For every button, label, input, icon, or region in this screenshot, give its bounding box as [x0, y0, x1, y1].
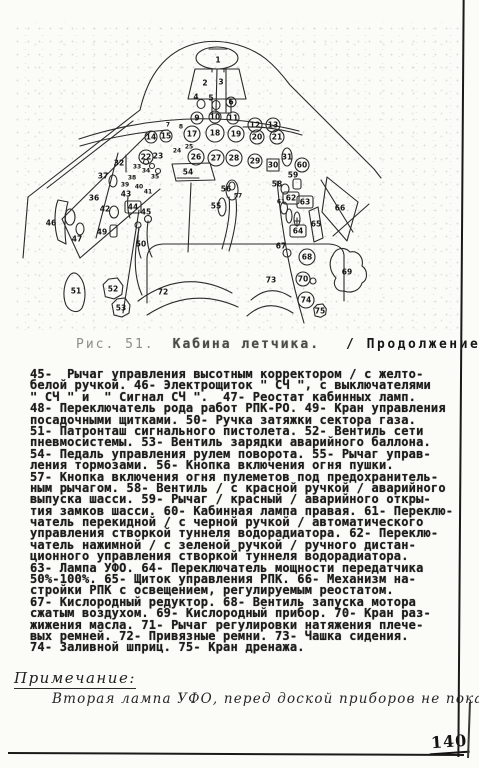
diagram-callout-29: 29 [248, 154, 262, 168]
diagram-callout-42: 42 [100, 205, 110, 214]
svg-text:33: 33 [133, 164, 141, 171]
svg-text:14: 14 [146, 133, 156, 142]
diagram-callout-35: 35 [151, 174, 159, 181]
svg-text:66: 66 [335, 204, 345, 213]
diagram-callout-33: 33 [133, 164, 141, 171]
svg-text:37: 37 [98, 172, 108, 181]
diagram-callout-37: 37 [98, 172, 108, 181]
diagram-callout-59: 59 [288, 171, 298, 180]
diagram-callout-53: 53 [112, 298, 130, 317]
diagram-callout-47: 47 [72, 235, 82, 244]
diagram-callout-40: 40 [135, 184, 143, 191]
diagram-callout-1: 1 [215, 56, 220, 65]
windscreen-armored-glass [188, 69, 246, 113]
svg-text:70: 70 [298, 275, 308, 284]
svg-text:31: 31 [282, 153, 292, 162]
legend-line: 74- Заливной шприц. 75- Кран дренажа. [30, 642, 466, 653]
svg-text:30: 30 [268, 161, 278, 170]
svg-text:12: 12 [250, 121, 260, 130]
svg-text:29: 29 [250, 157, 260, 166]
diagram-callout-10: 10 [209, 111, 221, 123]
diagram-callout-73: 73 [266, 276, 276, 285]
diagram-callout-31: 31 [282, 148, 292, 166]
svg-text:1: 1 [215, 56, 220, 65]
diagram-callout-41: 41 [144, 189, 152, 196]
diagram-callout-46: 46 [46, 219, 56, 228]
svg-text:46: 46 [46, 219, 56, 228]
diagram-callout-52: 52 [103, 278, 123, 299]
diagram-callout-66: 66 [335, 204, 345, 213]
svg-text:2: 2 [202, 79, 207, 88]
diagram-callout-24: 24 [173, 148, 181, 155]
diagram-callout-49: 49 [97, 228, 107, 237]
diagram-callout-4: 4 [193, 93, 205, 109]
svg-text:74: 74 [301, 296, 311, 305]
note-body: Вторая лампа УФО, перед доской приборов … [52, 691, 462, 707]
diagram-callout-27: 27 [208, 150, 224, 166]
diagram-callout-15: 15 [160, 130, 172, 142]
svg-text:6: 6 [228, 98, 233, 107]
page-number: 140 [428, 731, 470, 756]
svg-text:62: 62 [286, 194, 296, 203]
svg-text:21: 21 [272, 133, 282, 142]
svg-text:41: 41 [144, 189, 152, 196]
svg-text:67: 67 [276, 242, 286, 251]
diagram-callout-68: 68 [299, 249, 315, 265]
svg-text:17: 17 [187, 130, 197, 139]
diagram-callout-19: 19 [228, 126, 244, 142]
svg-text:27: 27 [211, 154, 221, 163]
svg-text:19: 19 [231, 130, 241, 139]
diagram-callout-21: 21 [270, 130, 284, 144]
svg-text:69: 69 [342, 268, 352, 277]
svg-text:28: 28 [229, 154, 239, 163]
svg-text:7: 7 [166, 122, 170, 129]
diagram-callout-58: 58 [272, 180, 282, 189]
diagram-callout-51: 51 [71, 287, 81, 296]
svg-text:64: 64 [293, 227, 303, 236]
seat-belts [138, 282, 238, 315]
diagram-callout-20: 20 [250, 130, 264, 144]
svg-text:45: 45 [141, 208, 151, 217]
note-heading: Примечание: [14, 669, 136, 689]
diagram-callout-7: 7 [166, 122, 170, 129]
diagram-callout-43: 43 [121, 190, 131, 199]
diagram-callout-11: 11 [227, 112, 239, 124]
diagram-callout-2: 2 [202, 79, 207, 88]
svg-text:32: 32 [114, 159, 124, 168]
diagram-callout-64: 64 [290, 225, 306, 237]
svg-text:73: 73 [266, 276, 276, 285]
svg-text:3: 3 [218, 78, 223, 87]
diagram-callout-26: 26 [188, 149, 204, 165]
svg-text:42: 42 [100, 205, 110, 214]
diagram-callout-17: 17 [184, 126, 200, 142]
svg-text:22: 22 [141, 153, 151, 162]
svg-text:53: 53 [116, 304, 126, 313]
svg-text:4: 4 [193, 93, 198, 102]
svg-text:75: 75 [315, 307, 325, 316]
svg-text:47: 47 [72, 235, 82, 244]
diagram-callout-74: 74 [298, 292, 314, 308]
diagram-callout-54: 54 [183, 168, 193, 177]
diagram-callout-67: 67 [276, 242, 286, 251]
svg-text:13: 13 [268, 121, 278, 130]
legend-text-block: 45- Рычаг управления высотным корректоро… [30, 369, 466, 654]
svg-text:43: 43 [121, 190, 131, 199]
seat-pan [247, 291, 293, 316]
diagram-callouts: 1234567891011121314151718192021222324252… [46, 56, 352, 318]
diagram-callout-23: 23 [153, 152, 163, 161]
svg-text:52: 52 [108, 285, 118, 294]
diagram-callout-39: 39 [121, 182, 129, 189]
cockpit-diagram: 1234567891011121314151718192021222324252… [0, 0, 479, 336]
svg-text:18: 18 [210, 129, 220, 138]
diagram-callout-8: 8 [179, 124, 183, 131]
figure-continuation: / Продолжение / [346, 337, 479, 352]
diagram-callout-55: 55 [211, 202, 221, 211]
diagram-callout-65: 65 [311, 220, 321, 229]
svg-text:23: 23 [153, 152, 163, 161]
svg-text:68: 68 [302, 253, 312, 262]
svg-text:8: 8 [179, 124, 183, 131]
svg-text:57: 57 [234, 193, 242, 200]
svg-text:51: 51 [71, 287, 81, 296]
svg-text:72: 72 [158, 288, 168, 297]
diagram-callout-14: 14 [145, 131, 157, 143]
diagram-callout-36: 36 [89, 194, 99, 203]
diagram-callout-57: 57 [234, 193, 242, 200]
svg-text:55: 55 [211, 202, 221, 211]
svg-text:35: 35 [151, 174, 159, 181]
diagram-callout-75: 75 [314, 304, 327, 317]
figure-number: Рис. 51. [76, 337, 155, 352]
diagram-callout-32: 32 [114, 159, 124, 168]
svg-text:60: 60 [297, 161, 307, 170]
diagram-callout-9: 9 [191, 112, 203, 124]
svg-text:44: 44 [128, 203, 138, 212]
diagram-callout-63: 63 [297, 196, 313, 208]
svg-text:61: 61 [277, 199, 285, 206]
diagram-callout-22: 22 [139, 150, 153, 164]
diagram-callout-61: 61 [277, 199, 285, 206]
svg-text:10: 10 [210, 113, 220, 122]
rudder-pedal [172, 163, 215, 252]
svg-text:36: 36 [89, 194, 99, 203]
svg-text:54: 54 [183, 168, 193, 177]
svg-text:63: 63 [300, 198, 310, 207]
diagram-callout-30: 30 [267, 159, 279, 171]
diagram-callout-69: 69 [342, 268, 352, 277]
figure-caption: Рис. 51.Кабина летчика./ Продолжение / [76, 337, 466, 352]
svg-text:65: 65 [311, 220, 321, 229]
svg-text:9: 9 [194, 114, 199, 123]
svg-text:11: 11 [228, 114, 238, 123]
svg-text:26: 26 [191, 153, 201, 162]
svg-text:56: 56 [221, 185, 231, 194]
diagram-callout-5: 5 [208, 94, 220, 110]
svg-text:15: 15 [161, 132, 171, 141]
diagram-callout-18: 18 [206, 124, 224, 142]
diagram-callout-56: 56 [221, 185, 231, 194]
diagram-callout-6: 6 [226, 97, 236, 107]
svg-text:49: 49 [97, 228, 107, 237]
figure-title: Кабина летчика. [173, 337, 320, 352]
scanned-manual-page: 1234567891011121314151718192021222324252… [0, 0, 479, 768]
svg-text:39: 39 [121, 182, 129, 189]
svg-text:38: 38 [128, 175, 136, 182]
diagram-callout-34: 34 [142, 168, 150, 175]
svg-text:5: 5 [208, 94, 213, 103]
diagram-callout-72: 72 [158, 288, 168, 297]
svg-text:50: 50 [136, 240, 146, 249]
svg-text:40: 40 [135, 184, 143, 191]
svg-text:58: 58 [272, 180, 282, 189]
diagram-callout-28: 28 [226, 150, 242, 166]
svg-text:59: 59 [288, 171, 298, 180]
diagram-callout-3: 3 [218, 78, 223, 87]
svg-text:34: 34 [142, 168, 150, 175]
svg-text:20: 20 [252, 133, 262, 142]
diagram-callout-45: 45 [141, 208, 151, 217]
page-border-bottom [8, 752, 464, 756]
diagram-callout-50: 50 [136, 240, 146, 249]
svg-text:24: 24 [173, 148, 181, 155]
diagram-callout-70: 70 [296, 272, 310, 286]
diagram-callout-38: 38 [128, 175, 136, 182]
